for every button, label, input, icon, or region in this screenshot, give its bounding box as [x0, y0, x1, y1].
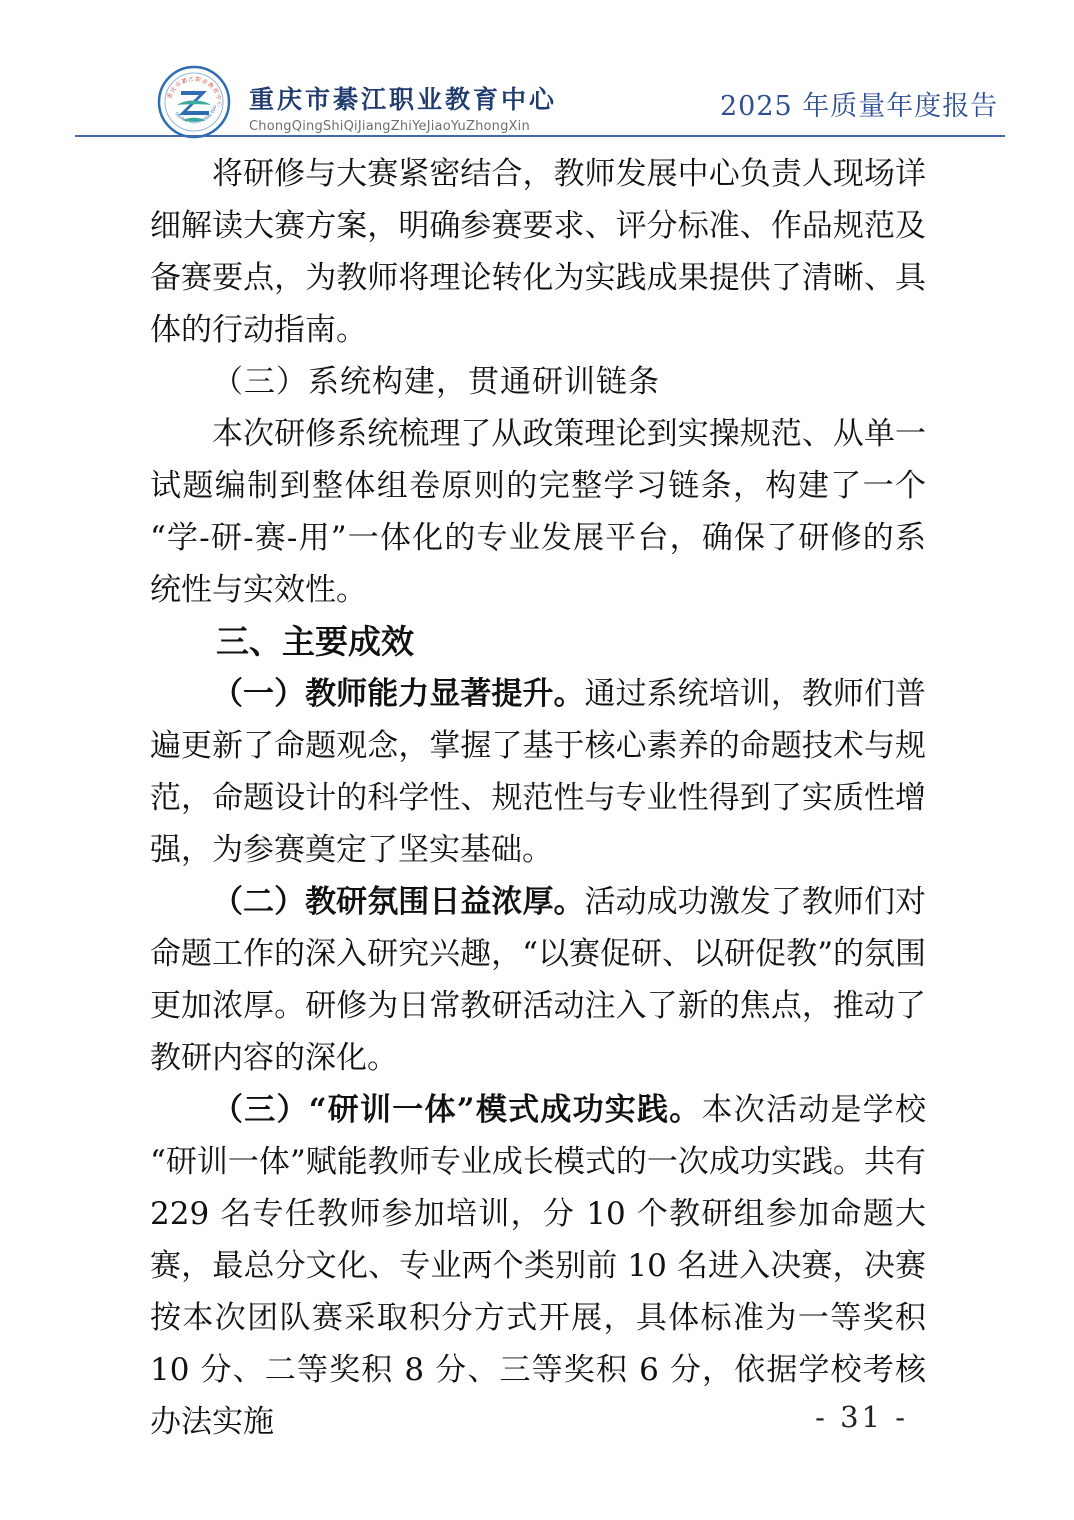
- school-name-cn: 重庆市綦江职业教育中心: [249, 80, 579, 116]
- paragraph-5-text: 本次活动是学校“研训一体”赋能教师专业成长模式的一次成功实践。共有 229 名专…: [150, 1092, 926, 1440]
- school-logo-icon: 重庆市綦江职业教育中心 QIJIANG VOCATIONAL EDUCATION: [157, 65, 231, 139]
- header-divider: [75, 135, 1005, 137]
- document-page: 重庆市綦江职业教育中心 QIJIANG VOCATIONAL EDUCATION…: [0, 0, 1074, 1520]
- school-name-pinyin: ChongQingShiQiJiangZhiYeJiaoYuZhongXin: [249, 119, 579, 134]
- paragraph-4-lead: （二）教研氛围日益浓厚。: [212, 884, 585, 920]
- paragraph-3-lead: （一）教师能力显著提升。: [212, 676, 585, 712]
- paragraph-3: （一）教师能力显著提升。通过系统培训，教师们普遍更新了命题观念，掌握了基于核心素…: [150, 668, 926, 876]
- school-name-block: 重庆市綦江职业教育中心 ChongQingShiQiJiangZhiYeJiao…: [249, 80, 579, 134]
- sub-heading-3: （三）系统构建，贯通研训链条: [150, 356, 926, 408]
- paragraph-4: （二）教研氛围日益浓厚。活动成功激发了教师们对命题工作的深入研究兴趣，“以赛促研…: [150, 876, 926, 1084]
- paragraph-1: 将研修与大赛紧密结合，教师发展中心负责人现场详细解读大赛方案，明确参赛要求、评分…: [150, 148, 926, 356]
- paragraph-5-lead: （三）“研训一体”模式成功实践。: [212, 1092, 702, 1128]
- paragraph-5: （三）“研训一体”模式成功实践。本次活动是学校“研训一体”赋能教师专业成长模式的…: [150, 1084, 926, 1448]
- paragraph-2: 本次研修系统梳理了从政策理论到实操规范、从单一试题编制到整体组卷原则的完整学习链…: [150, 408, 926, 616]
- report-title: 2025 年质量年度报告: [720, 84, 920, 123]
- document-body: 将研修与大赛紧密结合，教师发展中心负责人现场详细解读大赛方案，明确参赛要求、评分…: [150, 148, 926, 1448]
- page-number: - 31 -: [815, 1400, 908, 1434]
- main-heading-3: 三、主要成效: [150, 616, 926, 668]
